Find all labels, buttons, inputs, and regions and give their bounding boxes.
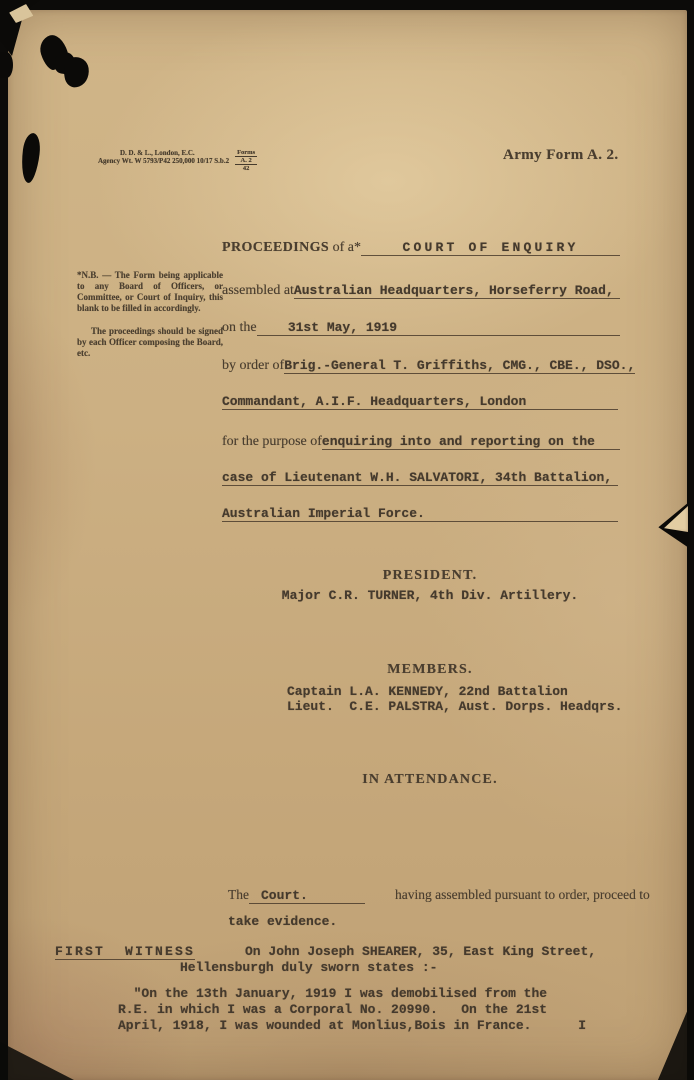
proceedings-value: COURT OF ENQUIRY	[361, 240, 620, 256]
purpose-value-line3: Australian Imperial Force.	[222, 506, 618, 522]
date-row: on the 31st May, 1919	[222, 320, 620, 336]
margin-note-paragraph-2: The proceedings should be signed by each…	[77, 326, 223, 359]
witness-intro-line1: On John Joseph SHEARER, 35, East King St…	[245, 944, 596, 959]
member-name-1: Captain L.A. KENNEDY, 22nd Battalion	[287, 684, 568, 699]
assembly-rest: having assembled pursuant to order, proc…	[395, 887, 650, 903]
proceedings-word: PROCEEDINGS	[222, 240, 329, 255]
proceedings-row: PROCEEDINGS of a* COURT OF ENQUIRY	[222, 240, 620, 256]
scanned-document-page: { "form": { "army_form": "Army Form A. 2…	[0, 0, 694, 1080]
order-row: by order of Brig.-General T. Griffiths, …	[222, 358, 620, 374]
purpose-value: enquiring into and reporting on the	[322, 434, 620, 450]
assembly-row: The Court. having assembled pursuant to …	[228, 887, 658, 904]
president-name: Major C.R. TURNER, 4th Div. Artillery.	[230, 588, 630, 603]
forms-fraction: Forms A. 2 42	[235, 149, 257, 172]
assembled-label: assembled at	[222, 283, 294, 299]
member-name-2: Lieut. C.E. PALSTRA, Aust. Dorps. Headqr…	[287, 699, 622, 714]
testimony-line-3: April, 1918, I was wounded at Monlius,Bo…	[118, 1018, 586, 1033]
order-value: Brig.-General T. Griffiths, CMG., CBE., …	[284, 358, 635, 374]
assembled-value: Australian Headquarters, Horseferry Road…	[294, 283, 620, 299]
members-heading: MEMBERS.	[230, 662, 630, 678]
proceedings-of: of a*	[329, 240, 361, 255]
assembled-row: assembled at Australian Headquarters, Ho…	[222, 283, 620, 299]
testimony-line-2: R.E. in which I was a Corporal No. 20990…	[118, 1002, 547, 1017]
assembly-line2: take evidence.	[228, 914, 337, 929]
order-label: by order of	[222, 358, 284, 374]
printer-imprint: D. D. & L., London, E.C. Agency Wt. W 57…	[98, 149, 257, 172]
first-witness-label: FIRST WITNESS	[55, 944, 195, 960]
purpose-label: for the purpose of	[222, 434, 322, 450]
president-heading: PRESIDENT.	[230, 568, 630, 584]
testimony-line-1: "On the 13th January, 1919 I was demobil…	[118, 986, 547, 1001]
attendance-heading: IN ATTENDANCE.	[230, 772, 630, 788]
margin-note: *N.B. — The Form being applicable to any…	[77, 270, 223, 359]
army-form-label: Army Form A. 2.	[503, 147, 619, 164]
margin-note-paragraph-1: *N.B. — The Form being applicable to any…	[77, 270, 223, 314]
edge-nick	[0, 52, 13, 78]
witness-intro-line2: Hellensburgh duly sworn states :-	[180, 960, 437, 975]
date-label: on the	[222, 320, 257, 336]
printer-line1: D. D. & L., London, E.C.	[120, 149, 229, 157]
printer-line2: Agency Wt. W 5793/P42 250,000 10/17 S.b.…	[98, 157, 229, 165]
date-value: 31st May, 1919	[257, 320, 620, 336]
purpose-row: for the purpose of enquiring into and re…	[222, 434, 620, 450]
assembly-court-value: Court.	[249, 888, 365, 904]
purpose-value-line2: case of Lieutenant W.H. SALVATORI, 34th …	[222, 470, 618, 486]
order-value-line2: Commandant, A.I.F. Headquarters, London	[222, 394, 618, 410]
assembly-the: The	[228, 887, 249, 903]
